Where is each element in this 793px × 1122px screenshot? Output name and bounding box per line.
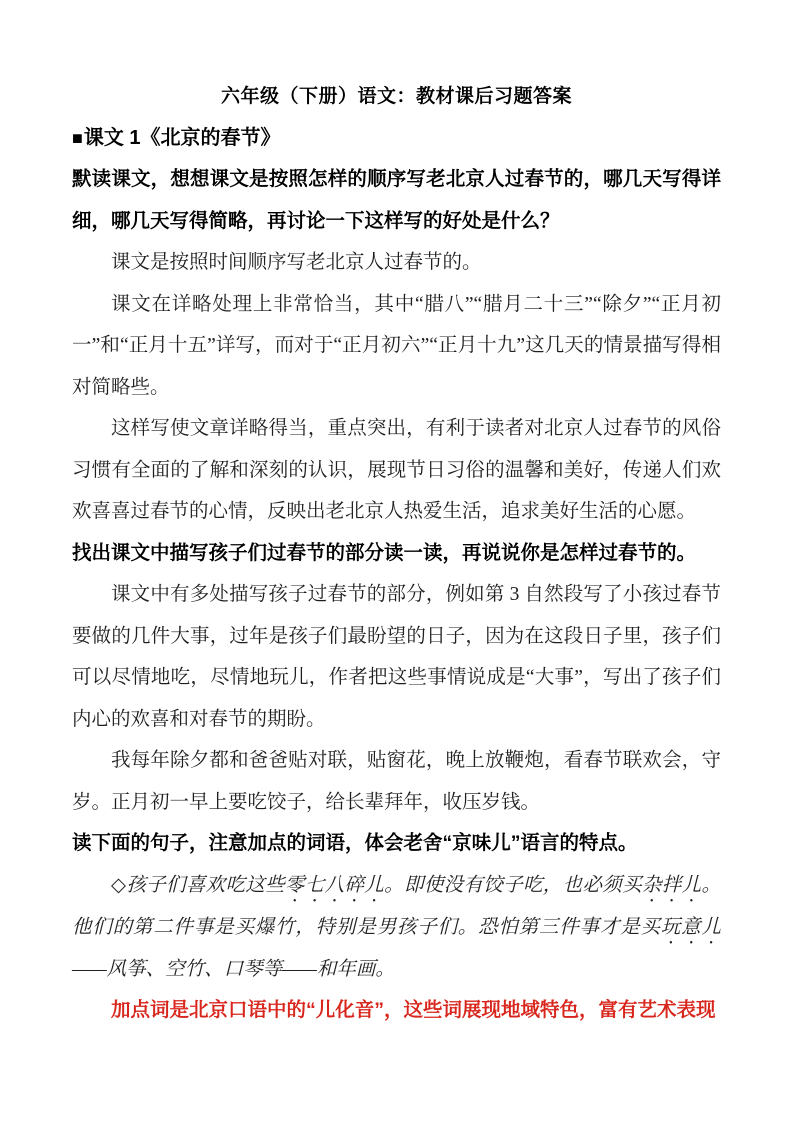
quoted-sentence: ◇孩子们喜欢吃这些零七八碎儿。即使没有饺子吃，也必须买杂拌儿。他们的第二件事是买… xyxy=(72,865,721,991)
section-heading-text: 课文 1《北京的春节》 xyxy=(84,127,281,149)
emphasized-word: 杂拌儿 xyxy=(642,875,702,896)
question-1: 默读课文，想想课文是按照怎样的顺序写老北京人过春节的，哪几天写得详细，哪几天写得… xyxy=(72,159,721,242)
question-3: 读下面的句子，注意加点的词语，体会老舍“京味儿”语言的特点。 xyxy=(72,823,721,865)
answer-2-paragraph-2: 我每年除夕都和爸爸贴对联，贴窗花，晚上放鞭炮，看春节联欢会，守岁。正月初一早上要… xyxy=(72,740,721,823)
answer-1-paragraph-1: 课文是按照时间顺序写老北京人过春节的。 xyxy=(72,242,721,284)
section-heading: ■课文 1《北京的春节》 xyxy=(72,118,721,160)
quote-segment: ——风筝、空竹、口琴等——和年画。 xyxy=(72,959,395,980)
emphasized-word: 零七八碎儿 xyxy=(285,875,384,896)
highlighted-answer: 加点词是北京口语中的“儿化音”，这些词展现地域特色，富有艺术表现 xyxy=(72,990,721,1032)
quote-segment: 。即使没有饺子吃，也必须买 xyxy=(384,875,642,896)
doc-title: 六年级（下册）语文：教材课后习题答案 xyxy=(72,76,721,118)
answer-1-paragraph-2: 课文在详略处理上非常恰当，其中“腊八”“腊月二十三”“除夕”“正月初一”和“正月… xyxy=(72,284,721,409)
section-bullet-icon: ■ xyxy=(72,128,83,148)
emphasized-word: 玩意儿 xyxy=(661,917,721,938)
answer-2-paragraph-1: 课文中有多处描写孩子过春节的部分，例如第 3 自然段写了小孩过春节要做的几件大事… xyxy=(72,574,721,740)
answer-1-paragraph-3: 这样写使文章详略得当，重点突出，有利于读者对北京人过春节的风俗习惯有全面的了解和… xyxy=(72,408,721,533)
document-page: 六年级（下册）语文：教材课后习题答案 ■课文 1《北京的春节》 默读课文，想想课… xyxy=(0,0,793,1122)
question-2: 找出课文中描写孩子们过春节的部分读一读，再说说你是怎样过春节的。 xyxy=(72,533,721,575)
quote-segment: ◇孩子们喜欢吃这些 xyxy=(111,875,285,896)
